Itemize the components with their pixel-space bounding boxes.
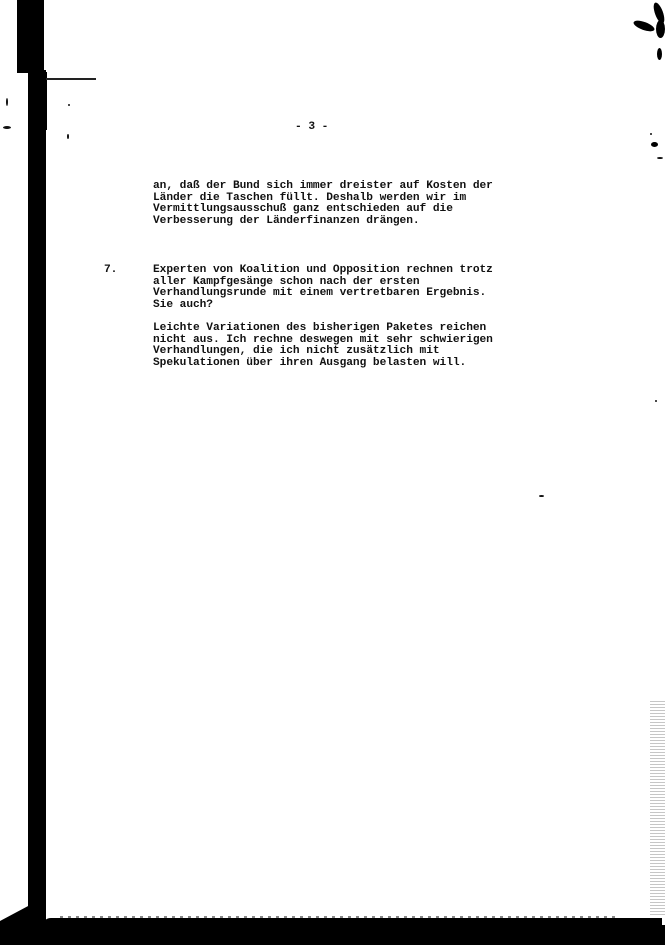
answer-paragraph: Leichte Variationen des bisherigen Paket…: [153, 323, 493, 369]
scan-edge-shadow: [0, 925, 665, 945]
ink-speck: [657, 157, 663, 159]
text-line: Experten von Koalition und Opposition re…: [153, 265, 493, 277]
scan-edge-shadow: [17, 0, 44, 73]
scan-edge-shadow: [44, 72, 47, 130]
ink-speck: [6, 98, 8, 106]
ink-splatter: [651, 142, 658, 147]
ink-speck: [650, 133, 652, 135]
ink-speck: [68, 104, 70, 106]
ink-speck: [539, 495, 544, 497]
page-number: - 3 -: [295, 122, 328, 134]
text-line: an, daß der Bund sich immer dreister auf…: [153, 181, 493, 193]
ink-splatter: [657, 48, 662, 60]
ink-speck: [3, 126, 11, 129]
question-paragraph: Experten von Koalition und Opposition re…: [153, 265, 493, 311]
scan-noise: [650, 700, 665, 915]
text-line: Spekulationen über ihren Ausgang belaste…: [153, 358, 493, 370]
paragraph-continuation: an, daß der Bund sich immer dreister auf…: [153, 181, 493, 227]
ink-splatter: [632, 18, 655, 33]
text-line: Leichte Variationen des bisherigen Paket…: [153, 323, 493, 335]
text-line: Verbesserung der Länderfinanzen drängen.: [153, 216, 493, 228]
scan-rule: [46, 78, 96, 80]
ink-speck: [67, 134, 69, 139]
text-line: Sie auch?: [153, 300, 493, 312]
scanned-page: - 3 - an, daß der Bund sich immer dreist…: [0, 0, 665, 945]
scan-edge-shadow: [28, 70, 46, 945]
ink-speck: [655, 400, 657, 402]
item-number: 7.: [104, 265, 117, 277]
scan-noise: [60, 916, 620, 918]
ink-splatter: [656, 20, 665, 38]
